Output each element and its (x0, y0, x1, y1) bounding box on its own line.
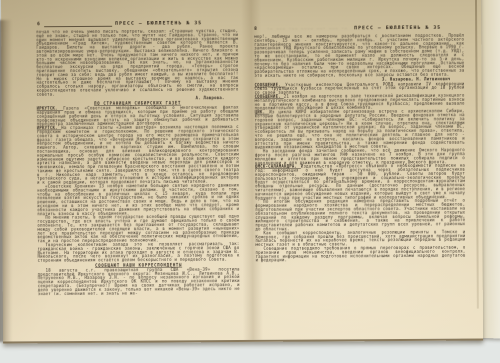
left-shadow-edge (0, 20, 12, 342)
paragraph: ИРКУТСК. Газета «Советская молодёжь» соо… (37, 106, 239, 127)
paragraph: «Советские Хроники» 13 ноября наметили б… (37, 184, 239, 216)
paragraph: ЦИК. Из цикла КИРО избирателям организов… (255, 109, 465, 149)
scanned-bulletin-photo: 6 ПРЕСС — БЮЛЛЕТЕНЬ № 35 почал что не оч… (0, 0, 500, 363)
bulletin-title-right: ПРЕСС — БЮЛЛЕТЕНЬ № 35 (354, 25, 441, 31)
left-page-header: 6 ПРЕСС — БЮЛЛЕТЕНЬ № 35 (36, 20, 238, 29)
paragraph-lead-word: СООБЩЕНИЕ. (255, 94, 284, 99)
paragraph: мер!, любимцы все же намерены разобратьс… (254, 34, 464, 78)
author-signature: А. Лаврова. (37, 96, 239, 101)
paragraph: 18 августа с.г. правозащитная группа США… (38, 267, 240, 295)
right-page-crease (475, 0, 479, 309)
paragraph: По итогам обсуждения редакция намерена п… (255, 199, 465, 231)
paragraph: почал что не очень умело писать портреты… (36, 29, 238, 97)
paragraph: ОМСК-САЛАМАНДРА. Издательство «Прогресс»… (255, 164, 465, 200)
paragraph-lead-word: ЦИК. (255, 110, 270, 115)
left-page: 6 ПРЕСС — БЮЛЛЕТЕНЬ № 35 почал что не оч… (36, 20, 240, 295)
paragraph-lead-word: СООБЩЕНИЕ. (254, 83, 285, 88)
paragraph: По мнению газеты, в одном государстве вс… (37, 215, 239, 244)
right-page: ·— ——— ·—— ———— ——· ——— ·— 8 ПРЕСС — БЮЛ… (254, 25, 466, 294)
bulletin-title-left: ПРЕСС — БЮЛЛЕТЕНЬ № 35 (115, 20, 202, 26)
right-page-text: мер!, любимцы все же намерены разобратьс… (254, 34, 465, 263)
header-underline (44, 26, 112, 27)
paragraph: Творческим коллективам запада это не поз… (37, 242, 239, 263)
paragraph-lead-word: ИРКУТСК. (37, 106, 64, 111)
paragraph: ИРКУТСК. На страницах газеты «Знамя шахт… (37, 125, 239, 185)
left-page-number: 6 (37, 22, 40, 27)
paragraph-lead-word: ИРКУТСК. (37, 126, 62, 131)
paper-spread: 6 ПРЕСС — БЮЛЛЕТЕНЬ № 35 почал что не оч… (1, 0, 483, 343)
paragraph-lead-word: ОМСК-САЛАМАНДРА. (255, 164, 301, 169)
right-page-number: 8 (254, 26, 257, 31)
paragraph: Совещание подтвердило требования о прямы… (255, 246, 465, 263)
left-page-text: почал что не очень умело писать портреты… (36, 29, 240, 295)
right-page-header: 8 ПРЕСС — БЮЛЛЕТЕНЬ № 35 (254, 25, 464, 34)
